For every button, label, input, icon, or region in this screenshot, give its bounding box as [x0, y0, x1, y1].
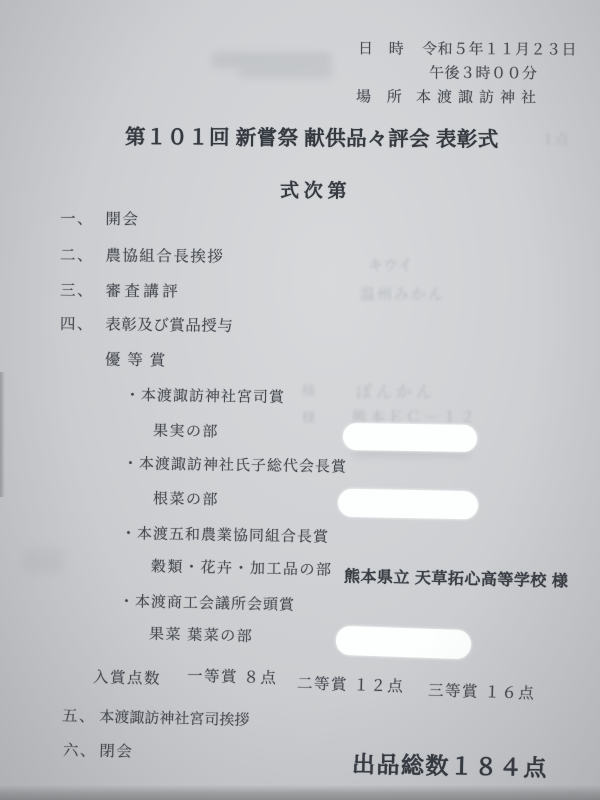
ceremony-title: 第１０１回 新嘗祭 献供品々評会 表彰式 — [125, 120, 499, 153]
bleedthrough-smudge — [212, 52, 332, 68]
agenda-item-1: 一、 開会 — [60, 207, 140, 230]
redaction-block — [343, 423, 477, 452]
header-date-row: 日 時 令和５年１１月２３日 — [358, 37, 577, 59]
header-place-row: 場 所 本渡諏訪神社 — [356, 86, 542, 108]
prize-second: 二等賞 １２点 — [297, 671, 405, 696]
agenda-item-2: 二、 農協組合長挨拶 — [60, 243, 225, 267]
bleedthrough-smudge — [238, 68, 333, 78]
agenda-label: 審査講評 — [105, 283, 181, 301]
photo-edge-shadow — [0, 372, 5, 497]
agenda-number: 四、 — [60, 312, 100, 334]
place-value: 本渡諏訪神社 — [416, 90, 542, 107]
time-value: 午後３時００分 — [429, 66, 538, 83]
agenda-number: 二、 — [60, 243, 100, 265]
agenda-item-4: 四、 表彰及び賞品授与 — [60, 312, 234, 336]
document-photo: キウイ 温州みかん ぼんかん 熊本ＥＣ－１２ 様 様 １点 日 時 令和５年１１… — [0, 0, 600, 800]
agenda-item-3: 三、 審査講評 — [60, 278, 182, 301]
award-name: ・本渡諏訪神社氏子総代会長賞 — [123, 452, 347, 477]
bleedthrough-text: １点 — [541, 129, 569, 149]
awards-heading: 優 等 賞 — [105, 348, 167, 371]
redaction-block — [336, 626, 472, 660]
agenda-label: 表彰及び賞品授与 — [105, 316, 233, 335]
bleedthrough-text: 温州みかん — [360, 283, 445, 304]
program-subtitle: 式 次 第 — [280, 176, 347, 203]
bleedthrough-text: ぼんかん — [356, 379, 436, 402]
prize-count-label: 入賞点数 — [93, 665, 162, 689]
total-entries: 出品総数１８４点 — [352, 746, 549, 783]
award-division: 果菜 葉菜の部 — [149, 623, 254, 647]
agenda-label: 本渡諏訪神社宮司挨拶 — [99, 710, 249, 729]
agenda-item-5: 五、 本渡諏訪神社宮司挨拶 — [62, 704, 250, 730]
bleedthrough-text: 様 — [302, 380, 315, 399]
date-value: 令和５年１１月２３日 — [422, 42, 577, 59]
agenda-label: 農協組合長挨拶 — [105, 248, 224, 266]
bleedthrough-smudge — [22, 548, 64, 574]
agenda-number: 三、 — [60, 278, 100, 300]
award-division: 果実の部 — [153, 419, 219, 441]
award-winner: 熊本県立 天草拓心高等学校 様 — [344, 563, 569, 591]
award-division: 根菜の部 — [153, 487, 219, 509]
date-label: 日 時 — [358, 41, 410, 57]
bleedthrough-text: キウイ — [368, 254, 413, 275]
photo-bottom-shadow — [0, 785, 600, 800]
prize-third: 三等賞 １６点 — [428, 678, 536, 703]
redaction-block — [338, 489, 479, 520]
award-name: ・本渡五和農業協同組合長賞 — [121, 522, 329, 547]
bleedthrough-text: 様 — [302, 407, 315, 426]
agenda-number: 一、 — [60, 207, 100, 229]
agenda-number: 五、 — [62, 704, 94, 727]
prize-first: 一等賞 ８点 — [187, 664, 278, 689]
agenda-label: 閉会 — [99, 743, 133, 761]
agenda-label: 開会 — [105, 211, 139, 228]
award-name: ・本渡商工会議所会頭賞 — [119, 590, 295, 615]
header-time-row: 午後３時００分 — [429, 62, 538, 84]
agenda-number: 六、 — [63, 738, 94, 761]
agenda-item-6: 六、 閉会 — [63, 738, 134, 761]
award-name: ・本渡諏訪神社宮司賞 — [125, 384, 285, 407]
place-label: 場 所 — [356, 90, 408, 106]
award-division: 穀類・花卉・加工品の部 — [151, 555, 333, 580]
